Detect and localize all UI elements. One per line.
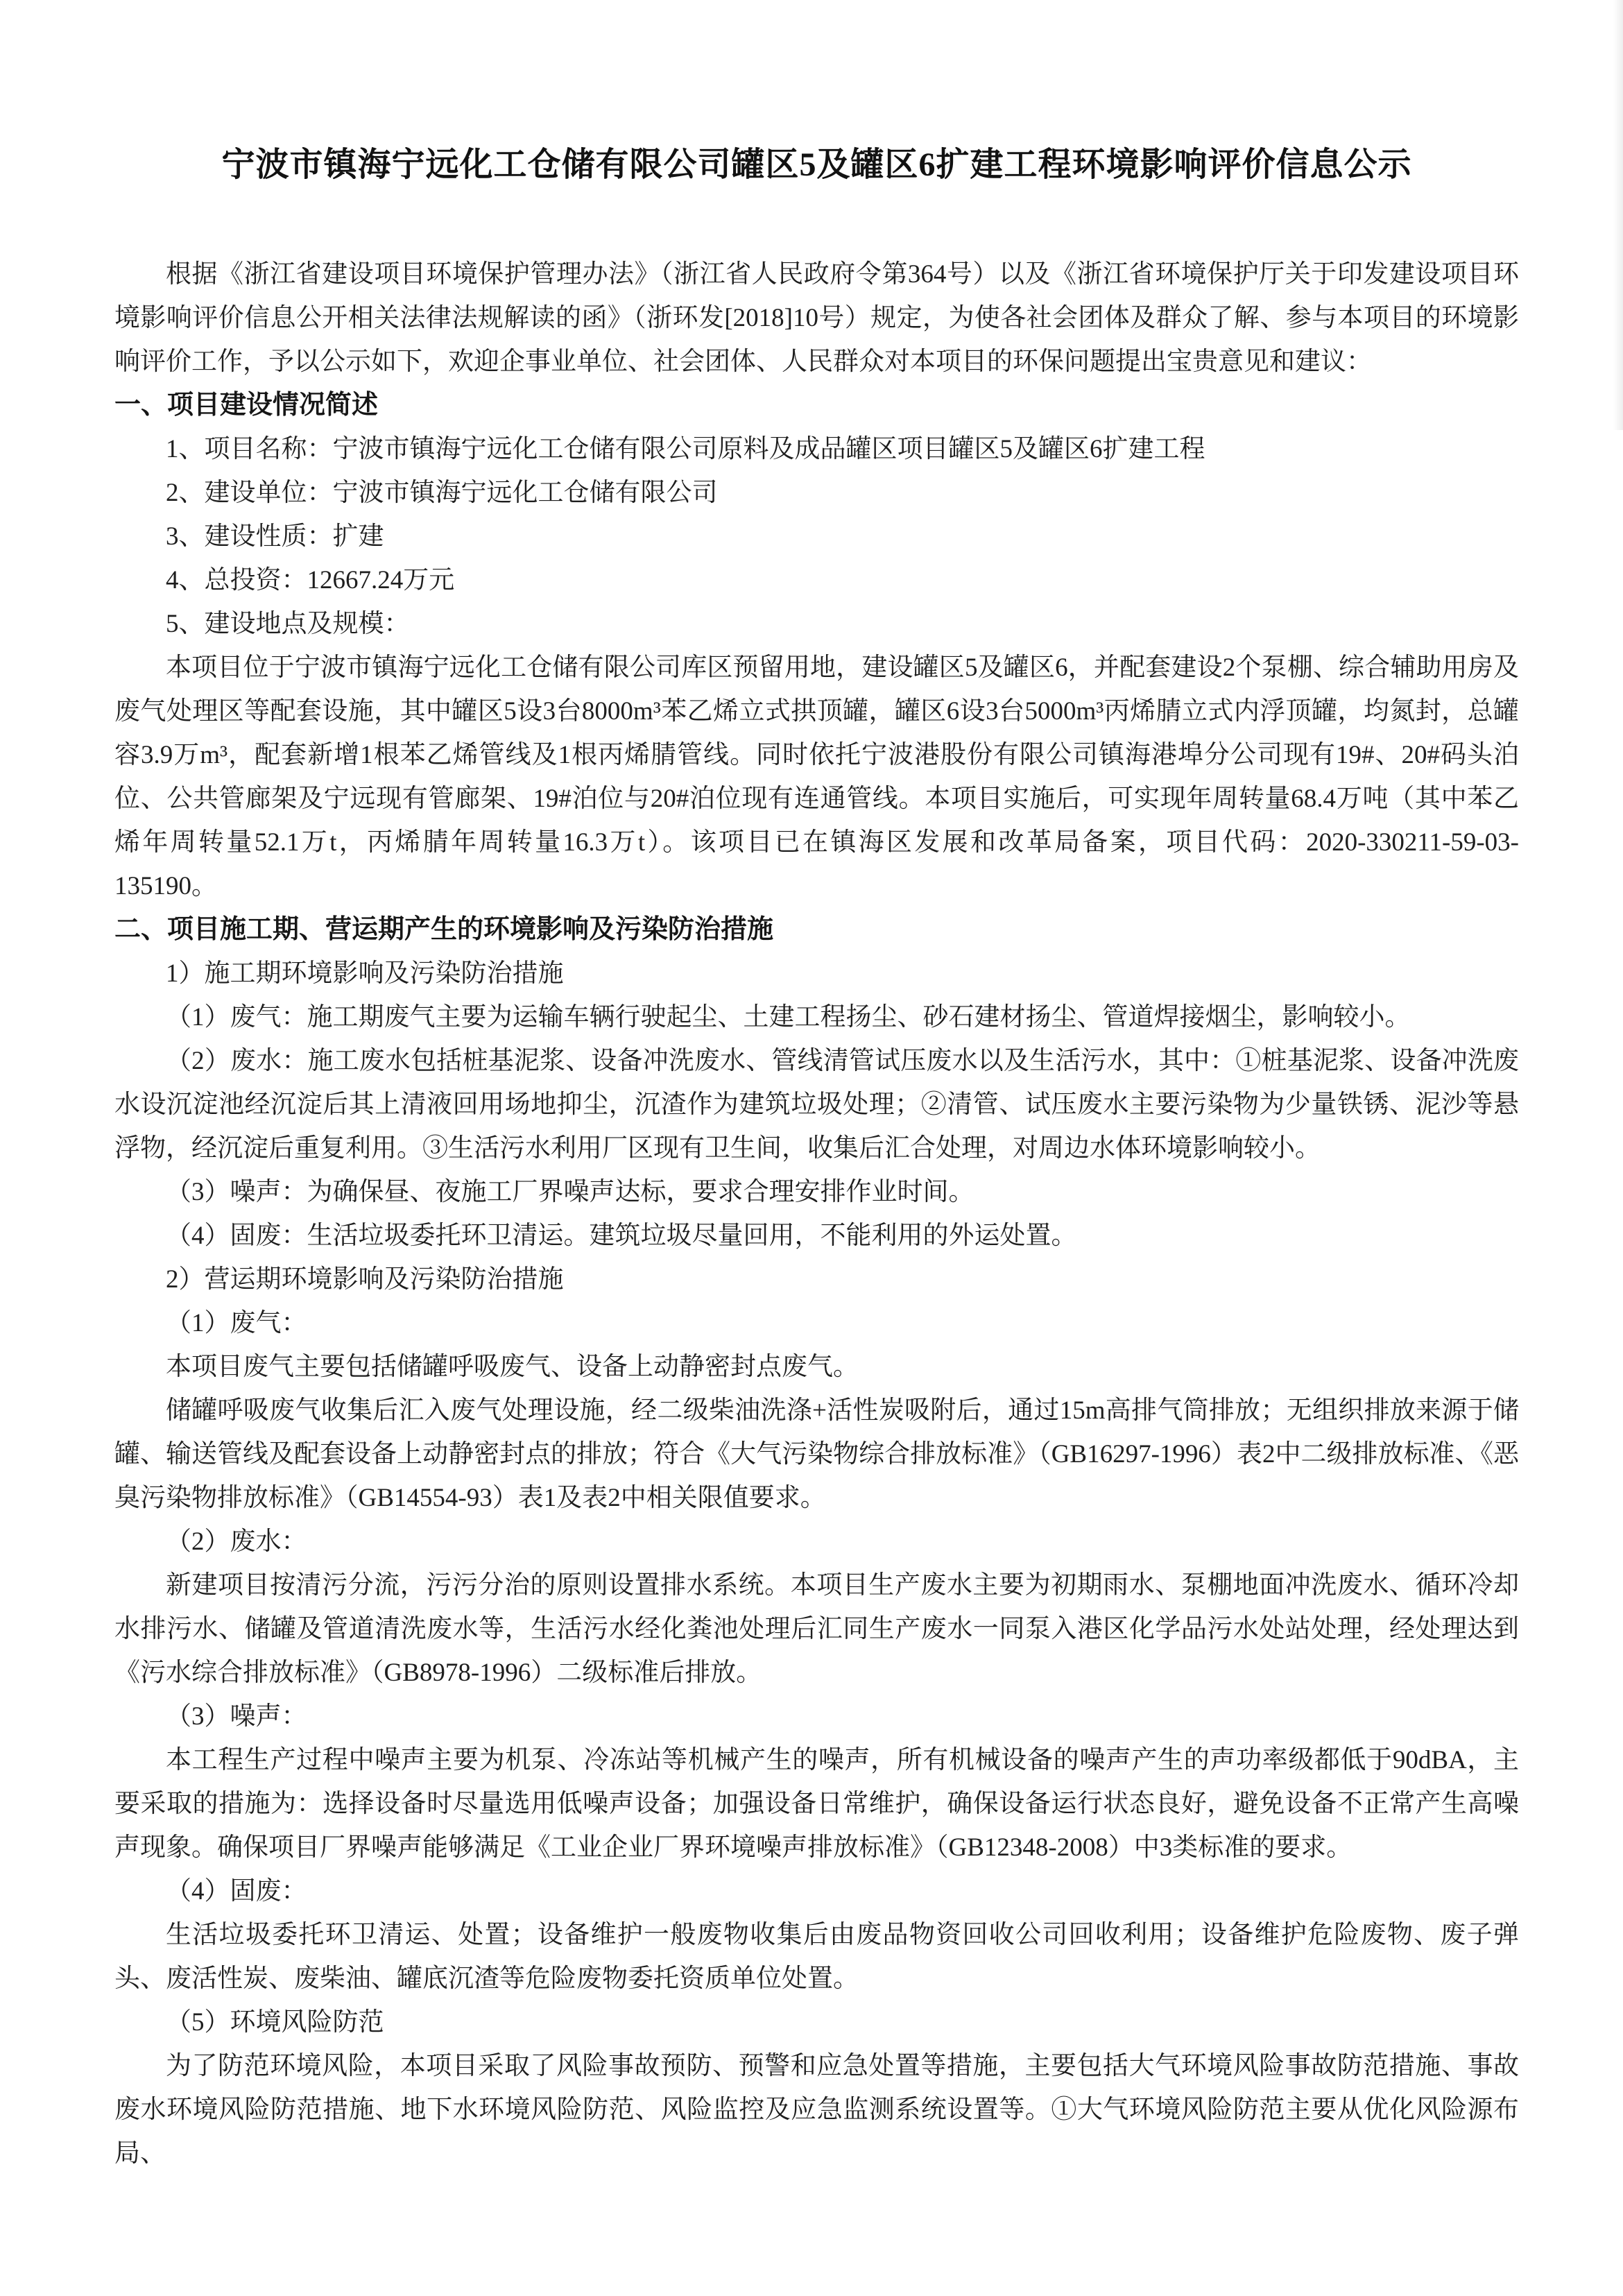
- operation-noise-detail-paragraph: 本工程生产过程中噪声主要为机泵、冷冻站等机械产生的噪声，所有机械设备的噪声产生的…: [114, 1738, 1519, 1869]
- environmental-risk-label: （5）环境风险防范: [114, 2001, 1519, 2044]
- project-name-item: 1、项目名称：宁波市镇海宁远化工仓储有限公司原料及成品罐区项目罐区5及罐区6扩建…: [114, 427, 1519, 471]
- construction-waste-gas-paragraph: （1）废气：施工期废气主要为运输车辆行驶起尘、土建工程扬尘、砂石建材扬尘、管道焊…: [114, 995, 1519, 1039]
- construction-period-heading: 1）施工期环境影响及污染防治措施: [114, 952, 1519, 995]
- operation-waste-water-detail-paragraph: 新建项目按清污分流，污污分治的原则设置排水系统。本项目生产废水主要为初期雨水、泵…: [114, 1563, 1519, 1695]
- construction-noise-paragraph: （3）噪声：为确保昼、夜施工厂界噪声达标，要求合理安排作业时间。: [114, 1170, 1519, 1214]
- document-title: 宁波市镇海宁远化工仓储有限公司罐区5及罐区6扩建工程环境影响评价信息公示: [114, 0, 1519, 193]
- operation-waste-gas-intro-paragraph: 本项目废气主要包括储罐呼吸废气、设备上动静密封点废气。: [114, 1345, 1519, 1389]
- construction-solid-waste-paragraph: （4）固废：生活垃圾委托环卫清运。建筑垃圾尽量回用，不能利用的外运处置。: [114, 1214, 1519, 1258]
- construction-nature-item: 3、建设性质：扩建: [114, 515, 1519, 558]
- construction-unit-item: 2、建设单位：宁波市镇海宁远化工仓储有限公司: [114, 471, 1519, 515]
- operation-waste-gas-label: （1）废气：: [114, 1301, 1519, 1345]
- location-scale-item: 5、建设地点及规模：: [114, 602, 1519, 646]
- operation-period-heading: 2）营运期环境影响及污染防治措施: [114, 1258, 1519, 1301]
- operation-waste-gas-detail-paragraph: 储罐呼吸废气收集后汇入废气处理设施，经二级柴油洗涤+活性炭吸附后，通过15m高排…: [114, 1389, 1519, 1520]
- operation-noise-label: （3）噪声：: [114, 1695, 1519, 1738]
- total-investment-item: 4、总投资：12667.24万元: [114, 558, 1519, 602]
- construction-waste-water-paragraph: （2）废水：施工废水包括桩基泥浆、设备冲洗废水、管线清管试压废水以及生活污水，其…: [114, 1039, 1519, 1170]
- scanned-document-page: 宁波市镇海宁远化工仓储有限公司罐区5及罐区6扩建工程环境影响评价信息公示 根据《…: [0, 0, 1623, 2296]
- operation-waste-water-label: （2）废水：: [114, 1520, 1519, 1563]
- location-scale-paragraph: 本项目位于宁波市镇海宁远化工仓储有限公司库区预留用地，建设罐区5及罐区6，并配套…: [114, 646, 1519, 908]
- section1-heading: 一、项目建设情况简述: [114, 384, 1519, 427]
- section2-heading: 二、项目施工期、营运期产生的环境影响及污染防治措施: [114, 908, 1519, 952]
- operation-solid-waste-detail-paragraph: 生活垃圾委托环卫清运、处置；设备维护一般废物收集后由废品物资回收公司回收利用；设…: [114, 1913, 1519, 2001]
- intro-paragraph: 根据《浙江省建设项目环境保护管理办法》（浙江省人民政府令第364号）以及《浙江省…: [114, 252, 1519, 384]
- environmental-risk-detail-paragraph: 为了防范环境风险，本项目采取了风险事故预防、预警和应急处置等措施，主要包括大气环…: [114, 2044, 1519, 2175]
- document-body: 宁波市镇海宁远化工仓储有限公司罐区5及罐区6扩建工程环境影响评价信息公示 根据《…: [0, 0, 1623, 2175]
- operation-solid-waste-label: （4）固废：: [114, 1869, 1519, 1913]
